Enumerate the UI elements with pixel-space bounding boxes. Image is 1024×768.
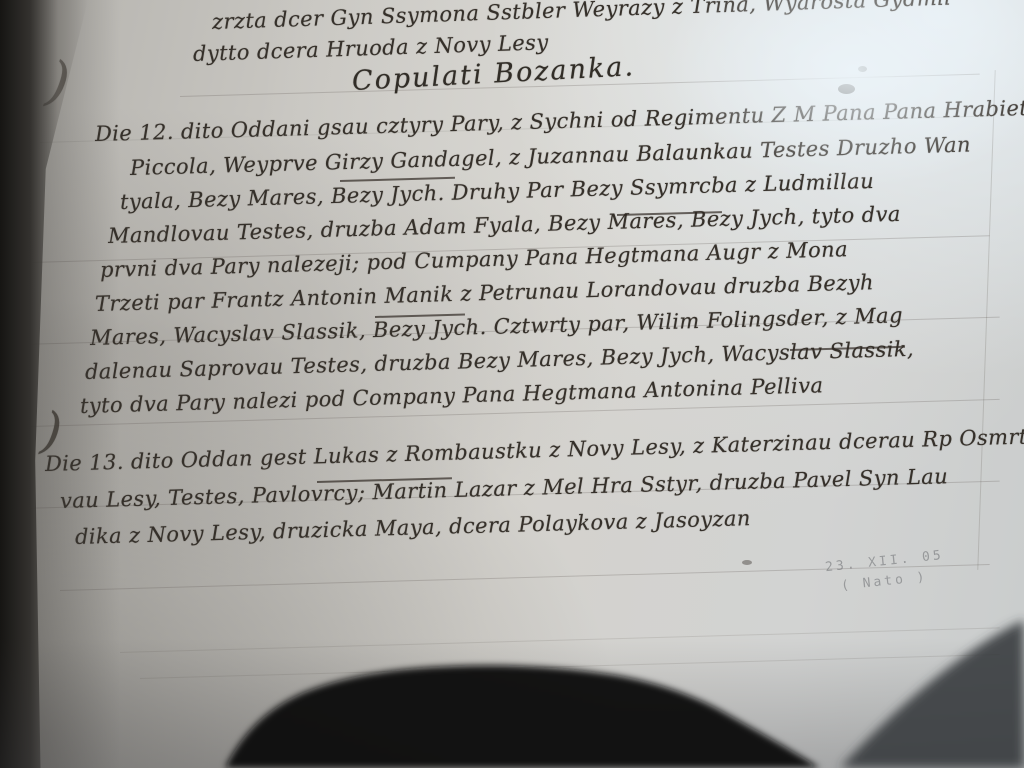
ink-smudge	[742, 560, 752, 565]
corner-shadow	[764, 578, 1024, 768]
register-photo: zrzta dcer Gyn Ssymona Sstbler Weyrazy z…	[0, 0, 1024, 768]
entry-line: dika z Novy Lesy, druzicka Maya, dcera P…	[75, 506, 751, 549]
glare-highlight	[644, 0, 1024, 200]
